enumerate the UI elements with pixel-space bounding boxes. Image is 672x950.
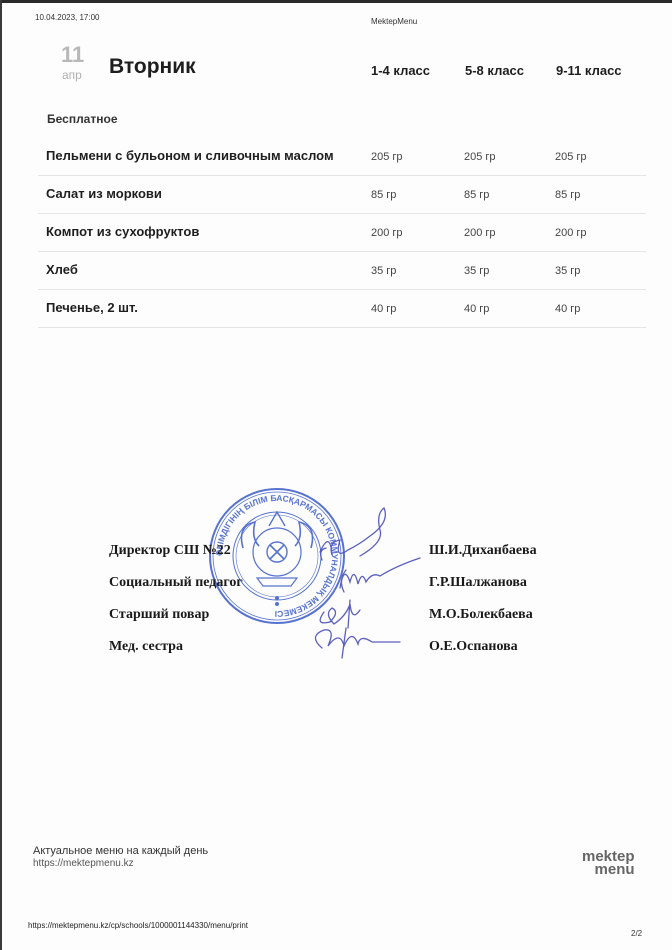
qty-1-4: 205 гр (371, 151, 403, 163)
menu-row: Салат из моркови 85 гр 85 гр 85 гр (38, 176, 646, 214)
column-header-1-4: 1-4 класс (371, 63, 430, 78)
day-month: апр (62, 68, 82, 82)
qty-9-11: 85 гр (555, 189, 580, 201)
qty-1-4: 200 гр (371, 227, 403, 239)
signature-name: О.Е.Оспанова (429, 639, 518, 655)
mektepmenu-logo: mektep menu (582, 850, 635, 876)
dish-name: Салат из моркови (46, 186, 162, 201)
qty-9-11: 200 гр (555, 227, 587, 239)
scan-top-edge (0, 0, 672, 3)
signature-role: Старший повар (109, 607, 209, 623)
print-datetime: 10.04.2023, 17:00 (35, 13, 100, 22)
qty-9-11: 205 гр (555, 151, 587, 163)
menu-row: Хлеб 35 гр 35 гр 35 гр (38, 252, 646, 290)
qty-5-8: 200 гр (464, 227, 496, 239)
dish-name: Компот из сухофруктов (46, 224, 199, 239)
column-header-5-8: 5-8 класс (465, 63, 524, 78)
signature-name: М.О.Болекбаева (429, 607, 533, 623)
qty-5-8: 85 гр (464, 189, 489, 201)
menu-row: Печенье, 2 шт. 40 гр 40 гр 40 гр (38, 290, 646, 328)
qty-1-4: 40 гр (371, 303, 396, 315)
column-header-9-11: 9-11 класс (556, 63, 622, 78)
qty-1-4: 35 гр (371, 265, 396, 277)
dish-name: Хлеб (46, 262, 78, 277)
qty-5-8: 205 гр (464, 151, 496, 163)
section-title: Бесплатное (47, 112, 118, 126)
footer-link[interactable]: https://mektepmenu.kz (33, 858, 134, 869)
signature-role: Социальный педагог (109, 575, 243, 591)
day-number: 11 (61, 44, 84, 66)
scan-left-edge (0, 0, 2, 950)
qty-5-8: 35 гр (464, 265, 489, 277)
signature-role: Мед. сестра (109, 639, 183, 655)
print-url: https://mektepmenu.kz/cp/schools/1000001… (28, 921, 248, 930)
weekday-title: Вторник (109, 55, 196, 79)
qty-1-4: 85 гр (371, 189, 396, 201)
print-site-title: MektepMenu (371, 17, 417, 26)
footer-tagline: Актуальное меню на каждый день (33, 845, 208, 857)
qty-5-8: 40 гр (464, 303, 489, 315)
signature-name: Г.Р.Шалжанова (429, 575, 527, 591)
handwritten-signatures-icon (300, 500, 430, 670)
page-number: 2/2 (631, 929, 642, 938)
signature-role: Директор СШ №22 (109, 543, 231, 559)
dish-name: Печенье, 2 шт. (46, 300, 138, 315)
menu-row: Пельмени с бульоном и сливочным маслом 2… (38, 138, 646, 176)
dish-name: Пельмени с бульоном и сливочным маслом (46, 148, 334, 163)
qty-9-11: 40 гр (555, 303, 580, 315)
signature-name: Ш.И.Диханбаева (429, 543, 537, 559)
qty-9-11: 35 гр (555, 265, 580, 277)
menu-row: Компот из сухофруктов 200 гр 200 гр 200 … (38, 214, 646, 252)
